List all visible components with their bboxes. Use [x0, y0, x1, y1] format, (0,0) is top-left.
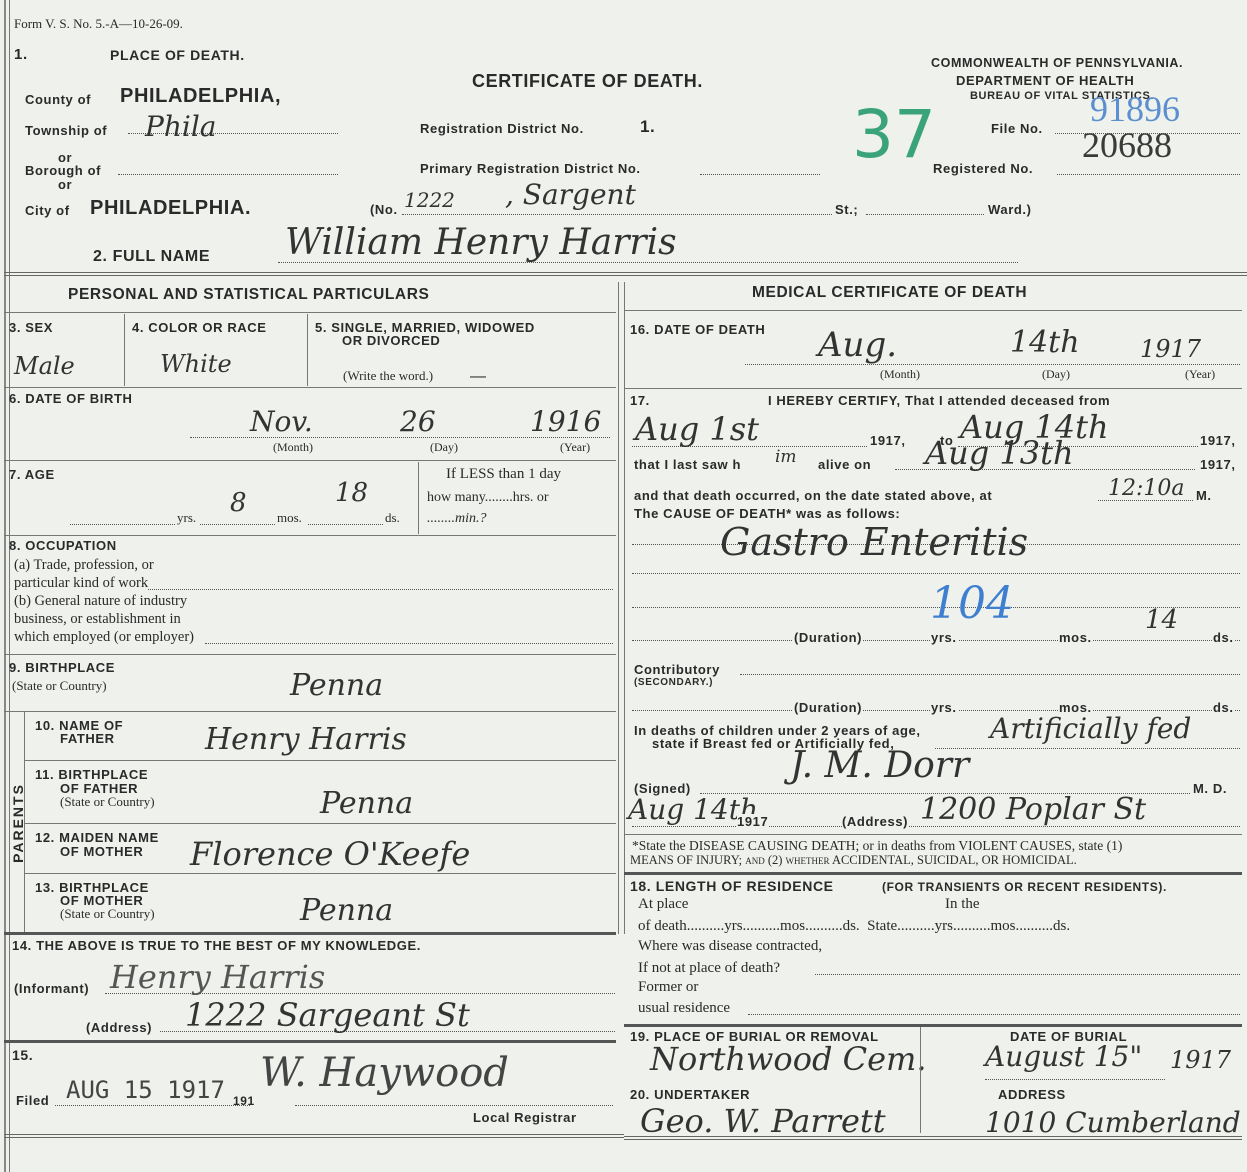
contracted-field [815, 974, 1240, 975]
sex-label: 3. SEX [9, 320, 53, 335]
physician-address-label: (Address) [842, 814, 908, 829]
burial-date-field [985, 1079, 1165, 1080]
father-name-value: Henry Harris [205, 722, 407, 757]
st-label: St.; [835, 202, 858, 217]
race-value: White [160, 350, 232, 378]
cause-line [632, 573, 1240, 574]
mother-name-label-2: OF MOTHER [60, 844, 143, 859]
street-name-value: , Sargent [505, 178, 636, 211]
informant-address-value: 1222 Sargeant St [185, 996, 470, 1034]
local-registrar-label: Local Registrar [473, 1110, 577, 1125]
duration-ds-value: 14 [1145, 605, 1178, 635]
signed-year-value: 1917 [737, 814, 768, 829]
primary-registration-label: Primary Registration District No. [420, 161, 641, 176]
street-field [402, 214, 832, 215]
age-mos-value: 8 [230, 488, 247, 518]
age-ds-value: 18 [335, 478, 368, 508]
if-not-place-label: If not at place of death? [638, 960, 780, 977]
dod-day-caption: (Day) [1042, 367, 1070, 382]
residence-subtitle: (FOR TRANSIENTS OR RECENT RESIDENTS). [882, 880, 1167, 894]
thick-divider [4, 932, 616, 935]
dob-month: Nov. [250, 405, 313, 438]
mother-birthplace-value: Penna [300, 893, 393, 928]
duration-ds-label: ds. [1212, 630, 1235, 645]
where-contracted-label: Where was disease contracted, [638, 938, 822, 955]
dob-year: 1916 [530, 405, 601, 438]
duration-yrs-label: yrs. [930, 630, 958, 645]
row-line [624, 388, 1242, 389]
contributory-label: Contributory [634, 662, 720, 677]
last-saw-pronoun: im [775, 447, 797, 467]
dob-year-caption: (Year) [560, 440, 590, 455]
street-no-label: (No. [370, 202, 398, 217]
full-name-label: 2. FULL NAME [93, 248, 210, 266]
footnote-line-1: *State the DISEASE CAUSING DEATH; or in … [632, 838, 1122, 854]
mother-birthplace-hint: (State or Country) [60, 906, 155, 922]
residence-duration-fields: of death..........yrs..........mos......… [638, 918, 1070, 935]
md-label: M. D. [1193, 781, 1227, 796]
secondary-label: (SECONDARY.) [634, 677, 713, 688]
filed-label: Filed [16, 1093, 49, 1108]
township-label: Township of [25, 123, 107, 138]
occupation-industry-field [205, 643, 613, 644]
department-heading: DEPARTMENT OF HEALTH [956, 73, 1134, 88]
row-line [4, 387, 616, 388]
birthplace-hint: (State or Country) [12, 678, 107, 694]
occupation-label: 8. OCCUPATION [9, 538, 117, 553]
center-divider [618, 282, 619, 934]
footnote-line-2: MEANS OF INJURY; and (2) whether ACCIDEN… [630, 853, 1077, 868]
in-the-label: In the [945, 896, 980, 913]
registrar-signature: W. Haywood [260, 1050, 509, 1096]
medical-section-title: MEDICAL CERTIFICATE OF DEATH [752, 284, 1027, 302]
registered-no-field [1057, 174, 1240, 175]
place-of-death-title: PLACE OF DEATH. [110, 47, 245, 63]
dod-month-caption: (Month) [880, 367, 920, 382]
date-of-death-year: 1917 [1140, 335, 1201, 363]
sex-value: Male [14, 352, 75, 380]
occupation-b-2: business, or establishment in [14, 611, 181, 628]
informant-title: 14. THE ABOVE IS TRUE TO THE BEST OF MY … [12, 938, 421, 953]
cause-of-death-label: The CAUSE OF DEATH* was as follows: [634, 506, 900, 521]
burial-place-value: Northwood Cem. [650, 1040, 927, 1078]
alive-on-year: 1917, [1200, 457, 1236, 472]
birthplace-value: Penna [290, 668, 383, 703]
burial-date-value: August 15" [985, 1040, 1142, 1073]
death-occurred-label: and that death occurred, on the date sta… [634, 488, 992, 503]
death-time-value: 12:10a [1108, 476, 1185, 501]
dob-day: 26 [400, 405, 436, 438]
form-number: Form V. S. No. 5.-A—10-26-09. [14, 16, 183, 32]
row-line [24, 873, 616, 874]
dod-year-caption: (Year) [1185, 367, 1215, 382]
green-pencil-mark: 37 [852, 96, 936, 173]
section-15-number: 15. [12, 1047, 33, 1063]
usual-residence-field [748, 1014, 1240, 1015]
alive-on-label: alive on [818, 457, 871, 472]
birthplace-label: 9. BIRTHPLACE [9, 660, 115, 675]
informant-address-label: (Address) [86, 1020, 152, 1035]
mother-name-label: 12. MAIDEN NAME [35, 830, 159, 845]
filed-date-stamp: AUG 15 1917 [66, 1076, 225, 1104]
or-text-2: or [58, 177, 72, 192]
ward-label: Ward.) [988, 202, 1032, 217]
row-line [24, 760, 616, 761]
attend-from-year: 1917, [870, 433, 906, 448]
marital-label-2: OR DIVORCED [342, 333, 440, 348]
age-mos-label: mos. [277, 510, 302, 526]
age-yrs-field [70, 524, 175, 525]
date-of-death-day: 14th [1010, 325, 1080, 360]
informant-value: Henry Harris [110, 958, 325, 996]
file-no-value: 20688 [1082, 124, 1172, 166]
row-line [4, 711, 616, 712]
date-of-death-month: Aug. [818, 325, 897, 365]
last-saw-label: that I last saw h [634, 457, 741, 472]
filed-year-prefix: 191 [233, 1094, 255, 1108]
row-line [4, 460, 616, 461]
duration-label: (Duration) [793, 630, 863, 645]
divider-top [4, 272, 1247, 276]
blue-pencil-number: 104 [930, 578, 1014, 629]
less-than-day-3: ........min.? [427, 511, 487, 527]
date-of-death-label: 16. DATE OF DEATH [630, 322, 765, 337]
borough-label: Borough of [25, 163, 101, 178]
thick-divider [624, 872, 1242, 875]
contributory-field [740, 674, 1240, 675]
usual-residence-label: usual residence [638, 1000, 730, 1017]
registration-district-label: Registration District No. [420, 121, 584, 136]
section-17-number: 17. [630, 393, 650, 408]
thick-divider [624, 1024, 1242, 1027]
col-line [307, 314, 308, 386]
less-than-day-2: how many........hrs. or [427, 490, 549, 506]
left-border-inner [9, 0, 10, 1172]
city-value: PHILADELPHIA. [90, 197, 251, 220]
occupation-a-2: particular kind of work [14, 575, 148, 592]
center-divider-2 [624, 282, 625, 934]
primary-registration-field [700, 174, 820, 175]
mother-name-value: Florence O'Keefe [190, 835, 470, 873]
registrar-signature-field [295, 1105, 613, 1106]
residence-title: 18. LENGTH OF RESIDENCE [630, 878, 834, 894]
time-m-label: M. [1196, 488, 1212, 503]
certificate-title: CERTIFICATE OF DEATH. [472, 71, 703, 92]
attend-to-year: 1917, [1200, 433, 1236, 448]
bottom-divider [4, 1134, 624, 1138]
age-yrs-label: yrs. [177, 510, 196, 526]
col-line [124, 314, 125, 386]
row-line [4, 535, 616, 536]
undertaker-address-value: 1010 Cumberland [985, 1106, 1241, 1139]
dob-day-caption: (Day) [430, 440, 458, 455]
children-fed-field [935, 748, 1240, 749]
city-label: City of [25, 203, 70, 218]
father-name-label-2: FATHER [60, 731, 115, 746]
occupation-trade-field [148, 589, 613, 590]
thick-divider [4, 1040, 616, 1043]
township-value: Phila [145, 110, 216, 143]
age-ds-field [308, 524, 383, 525]
col-line [920, 1027, 921, 1133]
children-fed-value: Artificially fed [990, 712, 1191, 745]
duration-mos-label: mos. [1058, 630, 1093, 645]
duration-yrs-label-2: yrs. [930, 700, 958, 715]
street-no-value: 1222 [404, 188, 455, 212]
cause-of-death-value: Gastro Enteritis [720, 520, 1028, 564]
col-line [418, 462, 419, 534]
row-line [624, 310, 1242, 311]
physician-address-value: 1200 Poplar St [920, 792, 1146, 827]
less-than-day-1: If LESS than 1 day [446, 466, 561, 483]
informant-label: (Informant) [14, 981, 89, 996]
file-no-label: File No. [991, 121, 1043, 136]
duration-label-2: (Duration) [793, 700, 863, 715]
registration-district-value: 1. [640, 117, 655, 137]
certify-text: I HEREBY CERTIFY, That I attended deceas… [768, 393, 1110, 408]
county-label: County of [25, 92, 91, 107]
row-line [624, 834, 1242, 835]
former-or-label: Former or [638, 979, 698, 996]
row-line [4, 312, 616, 313]
marital-hint: (Write the word.) [343, 368, 433, 384]
ward-field [866, 214, 984, 215]
father-birthplace-label: 11. BIRTHPLACE [35, 767, 148, 782]
marital-value: — [470, 368, 486, 386]
row-line [4, 654, 616, 655]
father-birthplace-hint: (State or Country) [60, 794, 155, 810]
occupation-b-1: (b) General nature of industry [14, 593, 187, 610]
full-name-value: William Henry Harris [285, 222, 677, 263]
age-label: 7. AGE [9, 467, 55, 482]
occupation-a-1: (a) Trade, profession, or [14, 557, 154, 574]
occupation-b-3: which employed (or employer) [14, 629, 194, 646]
duration-ds-label-2: ds. [1212, 700, 1235, 715]
bottom-divider-right [624, 1136, 1242, 1140]
personal-section-title: PERSONAL AND STATISTICAL PARTICULARS [68, 286, 429, 304]
dob-label: 6. DATE OF BIRTH [9, 391, 132, 406]
age-mos-field [200, 524, 275, 525]
borough-field [118, 174, 338, 175]
row-line [24, 823, 616, 824]
race-label: 4. COLOR OR RACE [132, 320, 267, 335]
age-ds-label: ds. [385, 510, 400, 526]
registered-no-label: Registered No. [933, 161, 1033, 176]
section-1-number: 1. [14, 46, 28, 63]
father-birthplace-value: Penna [320, 786, 413, 821]
filed-field [55, 1105, 250, 1106]
left-border [4, 0, 6, 1172]
commonwealth-heading: COMMONWEALTH OF PENNSYLVANIA. [931, 56, 1183, 70]
alive-on-value: Aug 13th [925, 434, 1074, 472]
undertaker-value: Geo. W. Parrett [640, 1102, 886, 1140]
dob-month-caption: (Month) [273, 440, 313, 455]
county-value: PHILADELPHIA, [120, 85, 281, 108]
burial-year-value: 1917 [1170, 1046, 1231, 1074]
at-place-label: At place [638, 896, 688, 913]
attend-from-value: Aug 1st [635, 410, 759, 448]
undertaker-address-label: ADDRESS [998, 1087, 1066, 1102]
physician-signature: J. M. Dorr [790, 745, 969, 786]
undertaker-label: 20. UNDERTAKER [630, 1087, 750, 1102]
